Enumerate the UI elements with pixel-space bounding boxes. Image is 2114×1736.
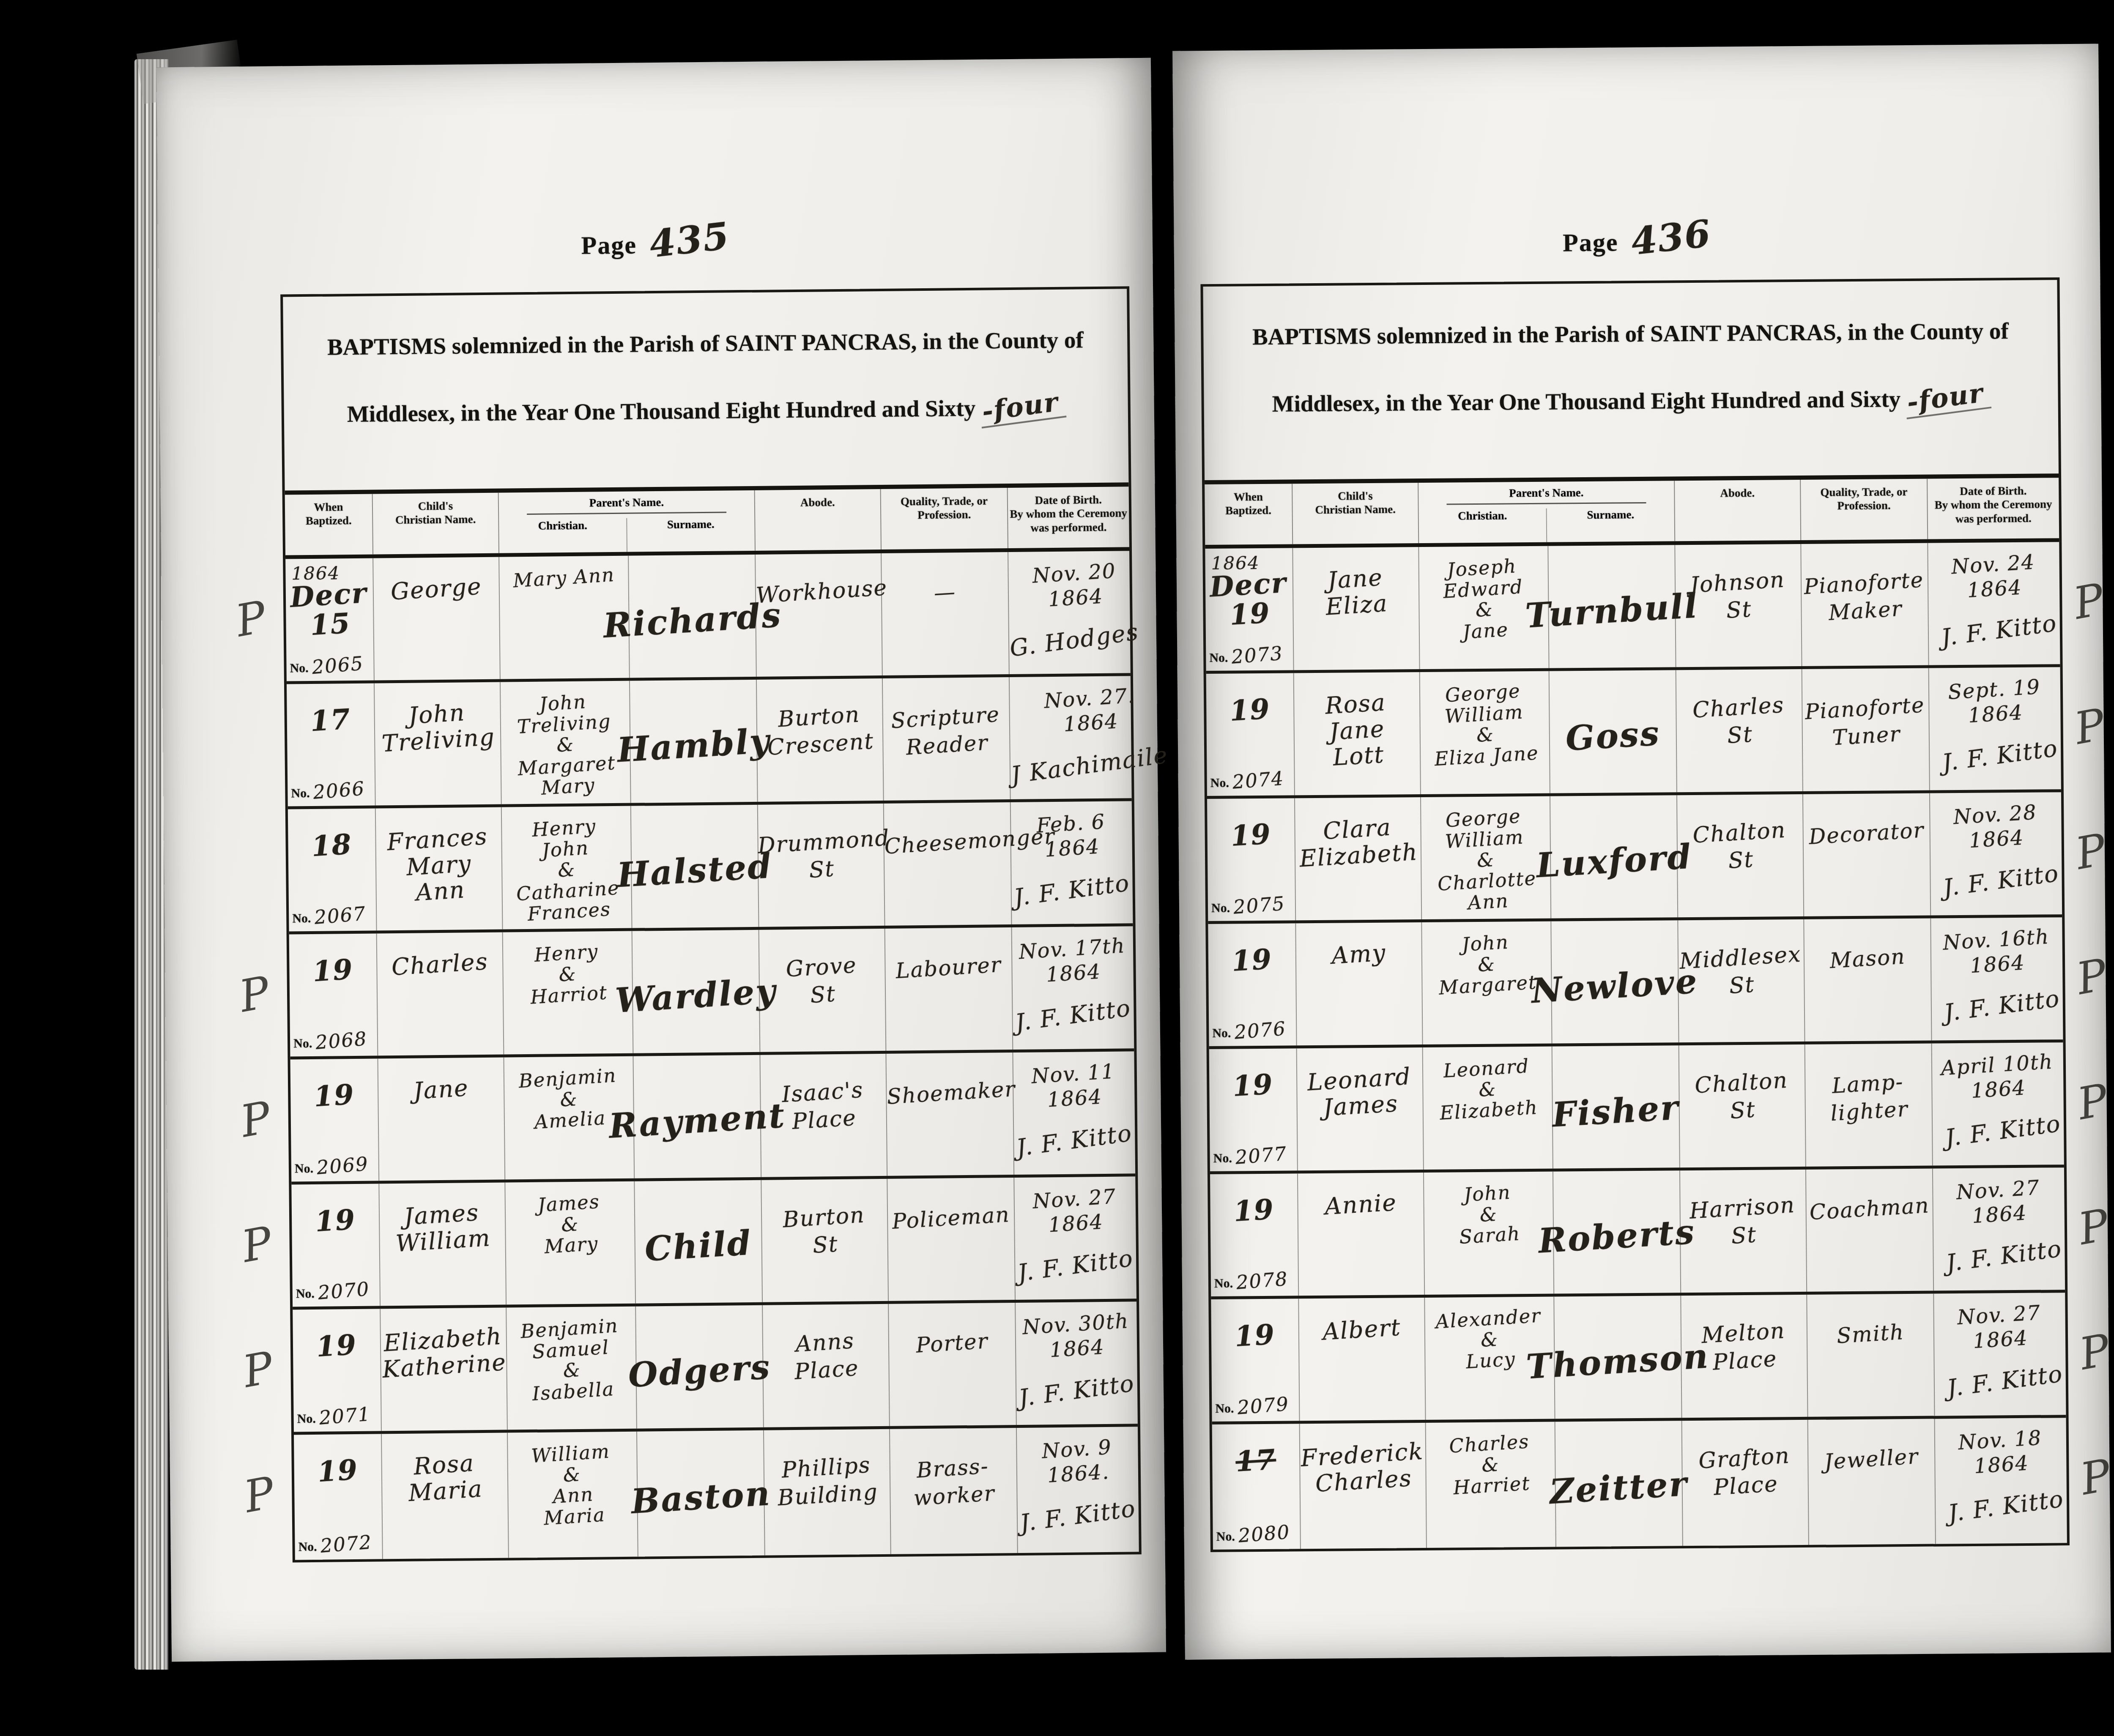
birth-date-text: Nov. 30th 1864: [1015, 1309, 1139, 1365]
cell-surname: Newlove: [1550, 920, 1678, 1043]
minister-signature: J. F. Kitto: [1933, 1235, 2066, 1279]
child-name-text: Amy: [1295, 938, 1422, 971]
child-name-text: Rosa Maria: [381, 1448, 509, 1508]
surname-text: Roberts: [1537, 1211, 1697, 1260]
register-sheet: BAPTISMS solemnized in the Parish of SAI…: [1200, 277, 2069, 1552]
cell-when-baptized: 17No.2066: [287, 683, 375, 806]
quality-text: Scripture Reader: [882, 700, 1010, 763]
cell-parents-christian: George William & Charlotte Ann: [1420, 796, 1550, 919]
surname-text: Wardley: [614, 971, 778, 1020]
col-quality: Quality, Trade, or Profession.: [880, 488, 1008, 550]
minister-signature: G. Hodges: [1008, 618, 1143, 662]
child-name-text: Frances Mary Ann: [374, 823, 504, 908]
cell-surname: Halsted: [630, 805, 759, 928]
surname-text: Hambly: [616, 721, 771, 770]
col-abode: Abode.: [754, 489, 881, 551]
cell-abode: Burton St: [761, 1179, 888, 1302]
abode-text: Johnson St: [1674, 565, 1802, 628]
heading-line-2: Middlesex, in the Year One Thousand Eigh…: [1221, 384, 2041, 420]
abode-text: Isaac's Place: [759, 1075, 887, 1137]
abode-text: Burton St: [761, 1200, 889, 1263]
entry-when-day: 19: [291, 1203, 380, 1238]
column-headers: When Baptized. Child's Christian Name. P…: [1205, 478, 2059, 549]
col-parents-surname: Surname.: [1546, 508, 1675, 542]
register-row: 19No.2077Leonard JamesLeonard & Elizabet…: [1209, 1042, 2064, 1174]
cell-surname: Goss: [1549, 670, 1676, 793]
cell-child-name: James William: [378, 1183, 506, 1306]
cell-date-minister: Feb. 6 1864J. F. Kitto: [1010, 801, 1133, 924]
minister-signature: J. F. Kitto: [1015, 1369, 1139, 1412]
cell-quality: Smith: [1806, 1294, 1934, 1417]
col-parents-name: Parent's Name. Christian. Surname.: [1418, 481, 1674, 543]
child-name-text: Rosa Jane Lott: [1292, 688, 1422, 773]
column-headers: When Baptized. Child's Christian Name. P…: [285, 487, 1129, 559]
register-row: 19No.2072Rosa MariaWilliam & Ann MariaBa…: [294, 1427, 1139, 1560]
register-row: 1864Decr 19No.2073Jane ElizaJoseph Edwar…: [1205, 542, 2060, 674]
check-mark: P: [2073, 1074, 2112, 1130]
entry-number-value: 2075: [1232, 892, 1286, 918]
entry-when-day: 19: [1208, 1068, 1297, 1103]
cell-child-name: Charles: [376, 932, 504, 1056]
check-mark: P: [236, 1091, 275, 1148]
cell-abode: Chalton St: [1679, 1044, 1805, 1167]
register-row: 19No.2070James WilliamJames & MaryChildB…: [291, 1176, 1136, 1310]
cell-surname: Hambly: [629, 680, 757, 803]
entry-number-label: No.: [291, 786, 309, 800]
col-date-of-birth: Date of Birth. By whom the Ceremony was …: [1007, 487, 1129, 548]
quality-text: Lamp- lighter: [1804, 1066, 1933, 1129]
cell-abode: Middlesex St: [1677, 919, 1804, 1042]
quality-text: Jeweller: [1808, 1442, 1935, 1477]
entry-when-day: 17: [1211, 1443, 1300, 1478]
cell-abode: Grafton Place: [1681, 1420, 1808, 1546]
register-row: 17No.2080Frederick CharlesCharles & Harr…: [1212, 1418, 2067, 1550]
cell-abode: Burton Crescent: [756, 678, 883, 802]
entry-number-label: No.: [290, 661, 308, 675]
entry-number-label: No.: [298, 1540, 317, 1554]
parents-christian-text: Charles & Harriet: [1424, 1430, 1556, 1500]
quality-text: Shoemaker: [886, 1075, 1013, 1110]
cell-child-name: Leonard James: [1296, 1047, 1423, 1170]
cell-quality: Jeweller: [1807, 1419, 1935, 1545]
entry-number: No.2075: [1211, 894, 1285, 917]
cell-surname: Turnbull: [1547, 545, 1675, 668]
cell-abode: Melton Place: [1680, 1295, 1807, 1418]
birth-date-text: Feb. 6 1864: [1010, 808, 1134, 864]
entry-number: No.2074: [1210, 769, 1284, 792]
cell-quality: Policeman: [887, 1178, 1015, 1301]
surname-text: Goss: [1564, 713, 1661, 758]
entry-when-day: 19: [1205, 693, 1294, 727]
cell-parents-christian: John Treliving & Margaret Mary: [500, 681, 630, 804]
entry-number-value: 2077: [1235, 1142, 1288, 1168]
entry-when-day: 19: [292, 1329, 381, 1363]
cell-surname: Child: [634, 1180, 762, 1304]
cell-quality: Brass- worker: [889, 1428, 1017, 1554]
cell-when-baptized: 19No.2077: [1209, 1048, 1297, 1171]
entry-when-day: 19: [1210, 1193, 1298, 1228]
cell-surname: Roberts: [1553, 1170, 1680, 1293]
entry-number-label: No.: [1214, 1277, 1233, 1290]
cell-quality: Pianoforte Maker: [1800, 543, 1928, 666]
minister-signature: J. F. Kitto: [1012, 994, 1135, 1036]
register-page-436: Page 436 BAPTISMS solemnized in the Pari…: [1172, 44, 2111, 1659]
abode-text: Drummond St: [757, 825, 885, 887]
entry-number-value: 2078: [1235, 1267, 1289, 1293]
entry-number-value: 2067: [313, 902, 367, 929]
minister-signature: J. F. Kitto: [1014, 1244, 1137, 1287]
abode-text: Harrison St: [1679, 1191, 1807, 1253]
cell-date-minister: Nov. 17th 1864J. F. Kitto: [1011, 926, 1134, 1050]
birth-date-text: Nov. 16th 1864: [1930, 924, 2064, 981]
cell-date-minister: Nov. 16th 1864J. F. Kitto: [1930, 917, 2063, 1040]
parents-christian-text: John & Sarah: [1423, 1179, 1555, 1250]
entry-when-day: 19: [293, 1454, 382, 1488]
cell-date-minister: Nov. 27 1864J. F. Kitto: [1932, 1167, 2065, 1290]
entry-number-value: 2069: [316, 1152, 369, 1179]
quality-text: Pianoforte Maker: [1800, 566, 1929, 629]
cell-abode: Johnson St: [1674, 544, 1801, 667]
entry-number: No.2069: [295, 1154, 369, 1178]
birth-date-text: Nov. 27. 1864: [1008, 682, 1172, 740]
parents-christian-text: William & Ann Maria: [506, 1439, 639, 1531]
minister-signature: J. F. Kitto: [1930, 859, 2063, 903]
col-childs-name: Child's Christian Name.: [1292, 483, 1418, 544]
minister-signature: J. F. Kitto: [1013, 1119, 1136, 1162]
heading-line-2-text: Middlesex, in the Year One Thousand Eigh…: [347, 395, 976, 427]
cell-parents-christian: Leonard & Elizabeth: [1422, 1047, 1553, 1170]
cell-when-baptized: 19No.2071: [293, 1309, 381, 1432]
cell-child-name: John Treliving: [374, 682, 501, 806]
entry-number-label: No.: [1215, 1402, 1234, 1416]
cell-quality: Lamp- lighter: [1805, 1044, 1932, 1167]
parents-christian-text: Mary Ann: [499, 563, 628, 592]
cell-when-baptized: 19No.2068: [289, 933, 378, 1056]
cell-abode: Workhouse: [755, 553, 882, 677]
minister-signature: J. F. Kitto: [1931, 984, 2064, 1028]
col-parents-label: Parent's Name.: [527, 495, 726, 515]
cell-when-baptized: 19No.2076: [1208, 923, 1296, 1046]
cell-date-minister: April 10th 1864J. F. Kitto: [1931, 1042, 2064, 1165]
abode-text: Chalton St: [1678, 1066, 1806, 1128]
child-name-text: Clara Elizabeth: [1294, 812, 1422, 872]
birth-date-text: Nov. 27 1864: [1013, 1184, 1137, 1240]
register-row: 19No.2069JaneBenjamin & AmeliaRaymentIsa…: [290, 1051, 1135, 1184]
birth-date-text: Nov. 9 1864.: [1016, 1434, 1139, 1490]
minister-signature: J. F. Kitto: [1010, 869, 1134, 911]
cell-date-minister: Nov. 24 1864J. F. Kitto: [1927, 542, 2060, 665]
cell-date-minister: Nov. 27 1864J. F. Kitto: [1933, 1293, 2066, 1416]
entry-number-label: No.: [295, 1162, 313, 1176]
col-parents-christian: Christian.: [1419, 508, 1547, 543]
col-parents-christian: Christian.: [499, 518, 627, 553]
minister-signature: J. F. Kitto: [1928, 734, 2062, 778]
heading-year-suffix: -four: [1903, 379, 1991, 420]
entry-number-value: 2076: [1234, 1017, 1287, 1043]
cell-child-name: George: [372, 557, 500, 681]
register-heading: BAPTISMS solemnized in the Parish of SAI…: [283, 289, 1128, 495]
col-parents-name: Parent's Name. Christian. Surname.: [498, 490, 755, 553]
surname-text: Halsted: [616, 845, 774, 895]
cell-when-baptized: 19No.2069: [290, 1058, 378, 1181]
register-row: 19No.2079AlbertAlexander & LucyThomsonMe…: [1211, 1293, 2066, 1424]
entry-number-value: 2066: [312, 777, 366, 804]
heading-line-1: BAPTISMS solemnized in the Parish of SAI…: [300, 328, 1110, 359]
cell-parents-christian: William & Ann Maria: [507, 1432, 638, 1558]
entry-number: No.2068: [293, 1029, 367, 1053]
cell-child-name: Frances Mary Ann: [375, 807, 502, 931]
page-header: Page 436: [1174, 212, 2100, 263]
quality-text: Decorator: [1803, 816, 1930, 851]
entry-number: No.2072: [298, 1533, 372, 1556]
cell-child-name: Albert: [1298, 1298, 1425, 1421]
child-name-text: George: [373, 572, 499, 606]
cell-when-baptized: 17No.2080: [1212, 1424, 1300, 1550]
entry-number: No.2065: [290, 654, 364, 677]
register-sheet: BAPTISMS solemnized in the Parish of SAI…: [280, 286, 1142, 1562]
birth-date-text: Nov. 27 1864: [1932, 1174, 2065, 1231]
quality-text: Policeman: [887, 1200, 1014, 1236]
entry-number-label: No.: [1210, 776, 1229, 790]
quality-text: Cheesemonger: [884, 825, 1011, 860]
parents-christian-text: John Treliving & Margaret Mary: [498, 689, 633, 801]
cell-abode: Grove St: [759, 929, 886, 1052]
cell-child-name: Jane Eliza: [1292, 547, 1419, 670]
col-parents-surname: Surname.: [626, 517, 755, 552]
check-mark: P: [2076, 1324, 2114, 1380]
child-name-text: Frederick Charles: [1299, 1438, 1427, 1498]
cell-abode: Charles St: [1676, 669, 1802, 792]
birth-date-text: Nov. 20 1864: [1008, 558, 1143, 614]
cell-abode: Harrison St: [1679, 1170, 1806, 1293]
cell-surname: Fisher: [1552, 1045, 1679, 1168]
col-parents-label: Parent's Name.: [1447, 485, 1646, 505]
cell-date-minister: Sept. 19 1864J. F. Kitto: [1928, 667, 2061, 790]
cell-date-minister: Nov. 11 1864J. F. Kitto: [1012, 1051, 1135, 1175]
cell-quality: Labourer: [884, 927, 1013, 1051]
quality-text: Porter: [888, 1326, 1016, 1361]
register-rows: 1864Decr 15No.2065GeorgeMary AnnRichards…: [285, 551, 1139, 1560]
cell-surname: Rayment: [633, 1055, 761, 1178]
minister-signature: J Kachimaile: [1009, 741, 1172, 789]
cell-quality: Cheesemonger: [883, 802, 1011, 926]
check-mark: P: [240, 1467, 279, 1523]
cell-date-minister: Nov. 27. 1864J Kachimaile: [1009, 675, 1172, 799]
register-rows: 1864Decr 19No.2073Jane ElizaJoseph Edwar…: [1205, 542, 2067, 1550]
cell-when-baptized: 19No.2074: [1206, 673, 1294, 796]
cell-date-minister: Nov. 20 1864G. Hodges: [1008, 551, 1142, 674]
col-childs-name: Child's Christian Name.: [372, 493, 498, 555]
entry-when-day: 19: [289, 953, 378, 988]
entry-when-day: 18: [288, 828, 376, 863]
check-mark: P: [235, 966, 274, 1022]
abode-text: Charles St: [1675, 690, 1803, 753]
entry-number: No.2070: [296, 1279, 370, 1303]
child-name-text: Leonard James: [1296, 1063, 1424, 1122]
cell-quality: Pianoforte Tuner: [1802, 668, 1929, 791]
parents-christian-text: Henry John & Catharine Frances: [499, 814, 634, 926]
cell-surname: Luxford: [1550, 795, 1677, 918]
parents-christian-text: George William & Charlotte Ann: [1418, 804, 1553, 916]
parents-christian-text: George William & Eliza Jane: [1418, 679, 1551, 770]
check-mark: P: [232, 591, 270, 647]
cell-parents-christian: Henry & Harriot: [502, 931, 633, 1055]
col-abode: Abode.: [1674, 480, 1800, 541]
col-when-baptized: When Baptized.: [285, 494, 372, 555]
minister-signature: J. F. Kitto: [1934, 1485, 2068, 1529]
abode-text: Grafton Place: [1681, 1441, 1809, 1504]
heading-line-2: Middlesex, in the Year One Thousand Eigh…: [301, 393, 1112, 430]
cell-quality: Scripture Reader: [882, 677, 1010, 801]
cell-date-minister: Nov. 27 1864J. F. Kitto: [1013, 1176, 1136, 1300]
quality-text: Coachman: [1806, 1192, 1933, 1227]
surname-text: Baston: [630, 1473, 772, 1521]
register-row: 19No.2074Rosa Jane LottGeorge William & …: [1206, 667, 2061, 799]
entry-when-day: 19: [290, 1078, 378, 1113]
page-number: 435: [647, 213, 731, 266]
cell-quality: Coachman: [1805, 1169, 1933, 1292]
col-when-baptized: When Baptized.: [1205, 484, 1292, 545]
cell-abode: Drummond St: [757, 804, 884, 927]
check-mark: P: [2076, 1449, 2114, 1505]
cell-surname: Thomson: [1553, 1296, 1681, 1419]
entry-number-value: 2065: [311, 652, 364, 679]
cell-child-name: Amy: [1295, 922, 1422, 1045]
page-header: Page 435: [158, 213, 1153, 267]
cell-child-name: Rosa Jane Lott: [1293, 672, 1420, 795]
minister-signature: J. F. Kitto: [1931, 1110, 2065, 1154]
cell-surname: Odgers: [635, 1305, 763, 1429]
register-page-435: Page 435 BAPTISMS solemnized in the Pari…: [156, 58, 1166, 1662]
entry-when-day: 19: [1207, 818, 1295, 853]
entry-number-value: 2070: [317, 1277, 370, 1304]
entry-number-label: No.: [293, 1036, 312, 1050]
minister-signature: J. F. Kitto: [1928, 609, 2061, 653]
register-row: 17No.2066John TrelivingJohn Treliving & …: [287, 676, 1132, 809]
cell-date-minister: Nov. 30th 1864J. F. Kitto: [1015, 1301, 1138, 1425]
col-date-of-birth: Date of Birth. By whom the Ceremony was …: [1927, 478, 2059, 539]
birth-date-text: Sept. 19 1864: [1928, 674, 2062, 730]
surname-text: Fisher: [1551, 1087, 1681, 1135]
entry-number-label: No.: [1209, 651, 1228, 665]
birth-date-text: Nov. 28 1864: [1929, 799, 2062, 856]
quality-text: Brass- worker: [889, 1451, 1018, 1513]
child-name-text: Elizabeth Katherine: [380, 1323, 508, 1383]
cell-surname: Wardley: [632, 930, 760, 1053]
entry-number-label: No.: [1213, 1151, 1232, 1165]
register-row: 19No.2078AnnieJohn & SarahRobertsHarriso…: [1210, 1167, 2065, 1299]
entry-number-label: No.: [296, 1287, 315, 1301]
page-label: Page: [1563, 228, 1618, 257]
heading-line-1: BAPTISMS solemnized in the Parish of SAI…: [1220, 319, 2040, 349]
entry-when-day: Decr 15: [284, 578, 375, 642]
register-heading: BAPTISMS solemnized in the Parish of SAI…: [1203, 280, 2059, 484]
birth-date-text: Nov. 17th 1864: [1011, 933, 1135, 990]
entry-number-value: 2071: [318, 1402, 372, 1429]
abode-text: Middlesex St: [1677, 940, 1805, 1003]
cell-when-baptized: 19No.2070: [291, 1184, 380, 1307]
entry-number: No.2076: [1212, 1019, 1286, 1042]
cell-parents-christian: James & Mary: [504, 1181, 635, 1305]
parents-christian-text: James & Mary: [504, 1189, 636, 1260]
child-name-text: Jane Eliza: [1292, 562, 1420, 622]
entry-when-day: 19: [1208, 943, 1296, 978]
entry-number: No.2080: [1216, 1523, 1290, 1545]
cell-surname: Zeitter: [1555, 1421, 1682, 1547]
entry-number: No.2077: [1213, 1144, 1287, 1167]
cell-surname: Baston: [636, 1430, 764, 1557]
cell-child-name: Annie: [1297, 1173, 1424, 1296]
abode-text: Anns Place: [762, 1325, 890, 1388]
child-name-text: Annie: [1298, 1188, 1424, 1221]
entry-number: No.2067: [292, 904, 366, 927]
surname-text: Newlove: [1531, 961, 1700, 1011]
abode-text: Grove St: [758, 950, 886, 1012]
cell-date-minister: Nov. 28 1864J. F. Kitto: [1929, 792, 2062, 915]
cell-child-name: Jane: [377, 1058, 504, 1181]
cell-quality: —: [881, 552, 1009, 675]
birth-date-text: Nov. 18 1864: [1934, 1424, 2067, 1481]
cell-when-baptized: 1864Decr 15No.2065: [285, 558, 374, 681]
register-book-scan: Page 435 BAPTISMS solemnized in the Pari…: [0, 0, 2114, 1736]
minister-signature: J. F. Kitto: [1016, 1494, 1140, 1537]
entry-number: No.2073: [1209, 644, 1283, 667]
entry-number-value: 2073: [1231, 642, 1284, 668]
check-mark: P: [2070, 698, 2109, 755]
cell-quality: Porter: [888, 1303, 1016, 1426]
cell-parents-christian: Benjamin Samuel & Isabella: [506, 1307, 636, 1430]
entry-number: No.2079: [1215, 1394, 1289, 1417]
cell-abode: Anns Place: [762, 1304, 889, 1427]
entry-number-value: 2074: [1232, 767, 1285, 793]
cell-quality: Mason: [1803, 919, 1931, 1042]
heading-year-suffix: -four: [978, 388, 1067, 429]
entry-number-value: 2068: [315, 1028, 368, 1054]
entry-when-day: 19: [1210, 1318, 1299, 1353]
cell-child-name: Clara Elizabeth: [1294, 797, 1421, 920]
birth-date-text: Nov. 27 1864: [1933, 1299, 2067, 1356]
page-number: 436: [1629, 211, 1713, 264]
cell-when-baptized: 18No.2067: [288, 808, 376, 931]
abode-text: Phillips Building: [763, 1450, 891, 1513]
cell-when-baptized: 19No.2078: [1210, 1173, 1298, 1296]
cell-abode: Phillips Building: [763, 1429, 890, 1556]
quality-text: Mason: [1804, 941, 1931, 976]
cell-child-name: Elizabeth Katherine: [380, 1308, 507, 1431]
check-mark: P: [2073, 949, 2111, 1005]
register-row: 1864Decr 15No.2065GeorgeMary AnnRichards…: [285, 551, 1131, 684]
cell-when-baptized: 1864Decr 19No.2073: [1205, 548, 1293, 671]
check-mark: P: [2070, 573, 2108, 629]
entry-number-label: No.: [1212, 1026, 1231, 1040]
check-mark: P: [238, 1217, 276, 1273]
child-name-text: John Treliving: [373, 697, 501, 757]
cell-abode: Isaac's Place: [759, 1054, 887, 1177]
cell-parents-christian: Henry John & Catharine Frances: [501, 806, 632, 930]
cell-when-baptized: 19No.2072: [294, 1434, 382, 1560]
minister-signature: J. F. Kitto: [1933, 1360, 2067, 1404]
entry-number-value: 2080: [1238, 1520, 1291, 1547]
quality-text: Pianoforte Tuner: [1801, 691, 1930, 754]
register-row: 19No.2068CharlesHenry & HarriotWardleyGr…: [289, 926, 1134, 1059]
register-row: 19No.2071Elizabeth KatherineBenjamin Sam…: [293, 1301, 1138, 1435]
cell-when-baptized: 19No.2079: [1211, 1299, 1299, 1422]
cell-quality: Decorator: [1802, 793, 1930, 916]
quality-text: Smith: [1807, 1317, 1934, 1352]
abode-text: Workhouse: [755, 574, 882, 610]
register-row: 19No.2076AmyJohn & MargaretNewloveMiddle…: [1208, 917, 2063, 1049]
entry-number-label: No.: [1216, 1530, 1235, 1544]
